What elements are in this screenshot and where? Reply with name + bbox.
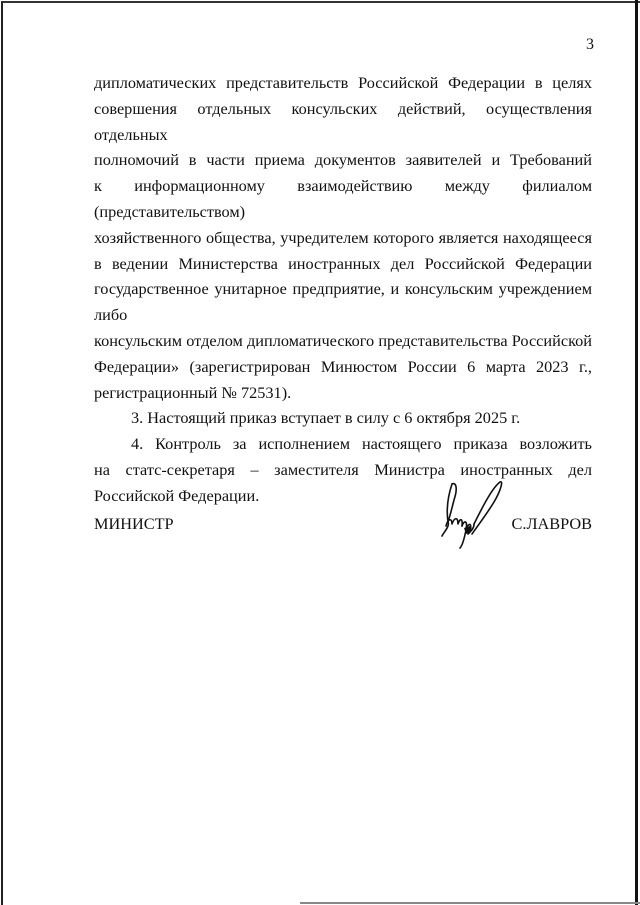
scan-edge-bottom xyxy=(300,902,640,904)
text-line: к информационному взаимодействию между ф… xyxy=(94,173,592,225)
page-number: 3 xyxy=(586,36,594,54)
paragraph-continuation: дипломатических представительств Российс… xyxy=(94,70,592,405)
document-page: 3 дипломатических представительств Росси… xyxy=(0,0,640,905)
text-line: полномочий в части приема документов зая… xyxy=(94,147,592,173)
scan-edge-top xyxy=(1,1,640,3)
text-line: хозяйственного общества, учредителем кот… xyxy=(94,225,592,251)
text-line: совершения отдельных консульских действи… xyxy=(94,96,592,148)
clause-3: 3. Настоящий приказ вступает в силу с 6 … xyxy=(94,405,592,431)
signer-name: С.ЛАВРОВ xyxy=(512,514,592,534)
text-line: консульским отделом дипломатического пре… xyxy=(94,328,592,354)
signer-position: МИНИСТР xyxy=(94,514,174,534)
text-line: в ведении Министерства иностранных дел Р… xyxy=(94,251,592,277)
scan-edge-left xyxy=(1,2,3,905)
document-body: дипломатических представительств Российс… xyxy=(94,70,592,509)
text-line: Федерации» (зарегистрирован Минюстом Рос… xyxy=(94,354,592,380)
text-line: государственное унитарное предприятие, и… xyxy=(94,276,592,328)
signature-block: МИНИСТР С.ЛАВРОВ xyxy=(94,478,592,558)
handwritten-signature-icon xyxy=(438,478,508,550)
text-line: 4. Контроль за исполнением настоящего пр… xyxy=(94,431,592,457)
text-line: дипломатических представительств Российс… xyxy=(94,70,592,96)
scan-edge-right xyxy=(635,0,638,905)
text-line: регистрационный № 72531). xyxy=(94,380,592,406)
